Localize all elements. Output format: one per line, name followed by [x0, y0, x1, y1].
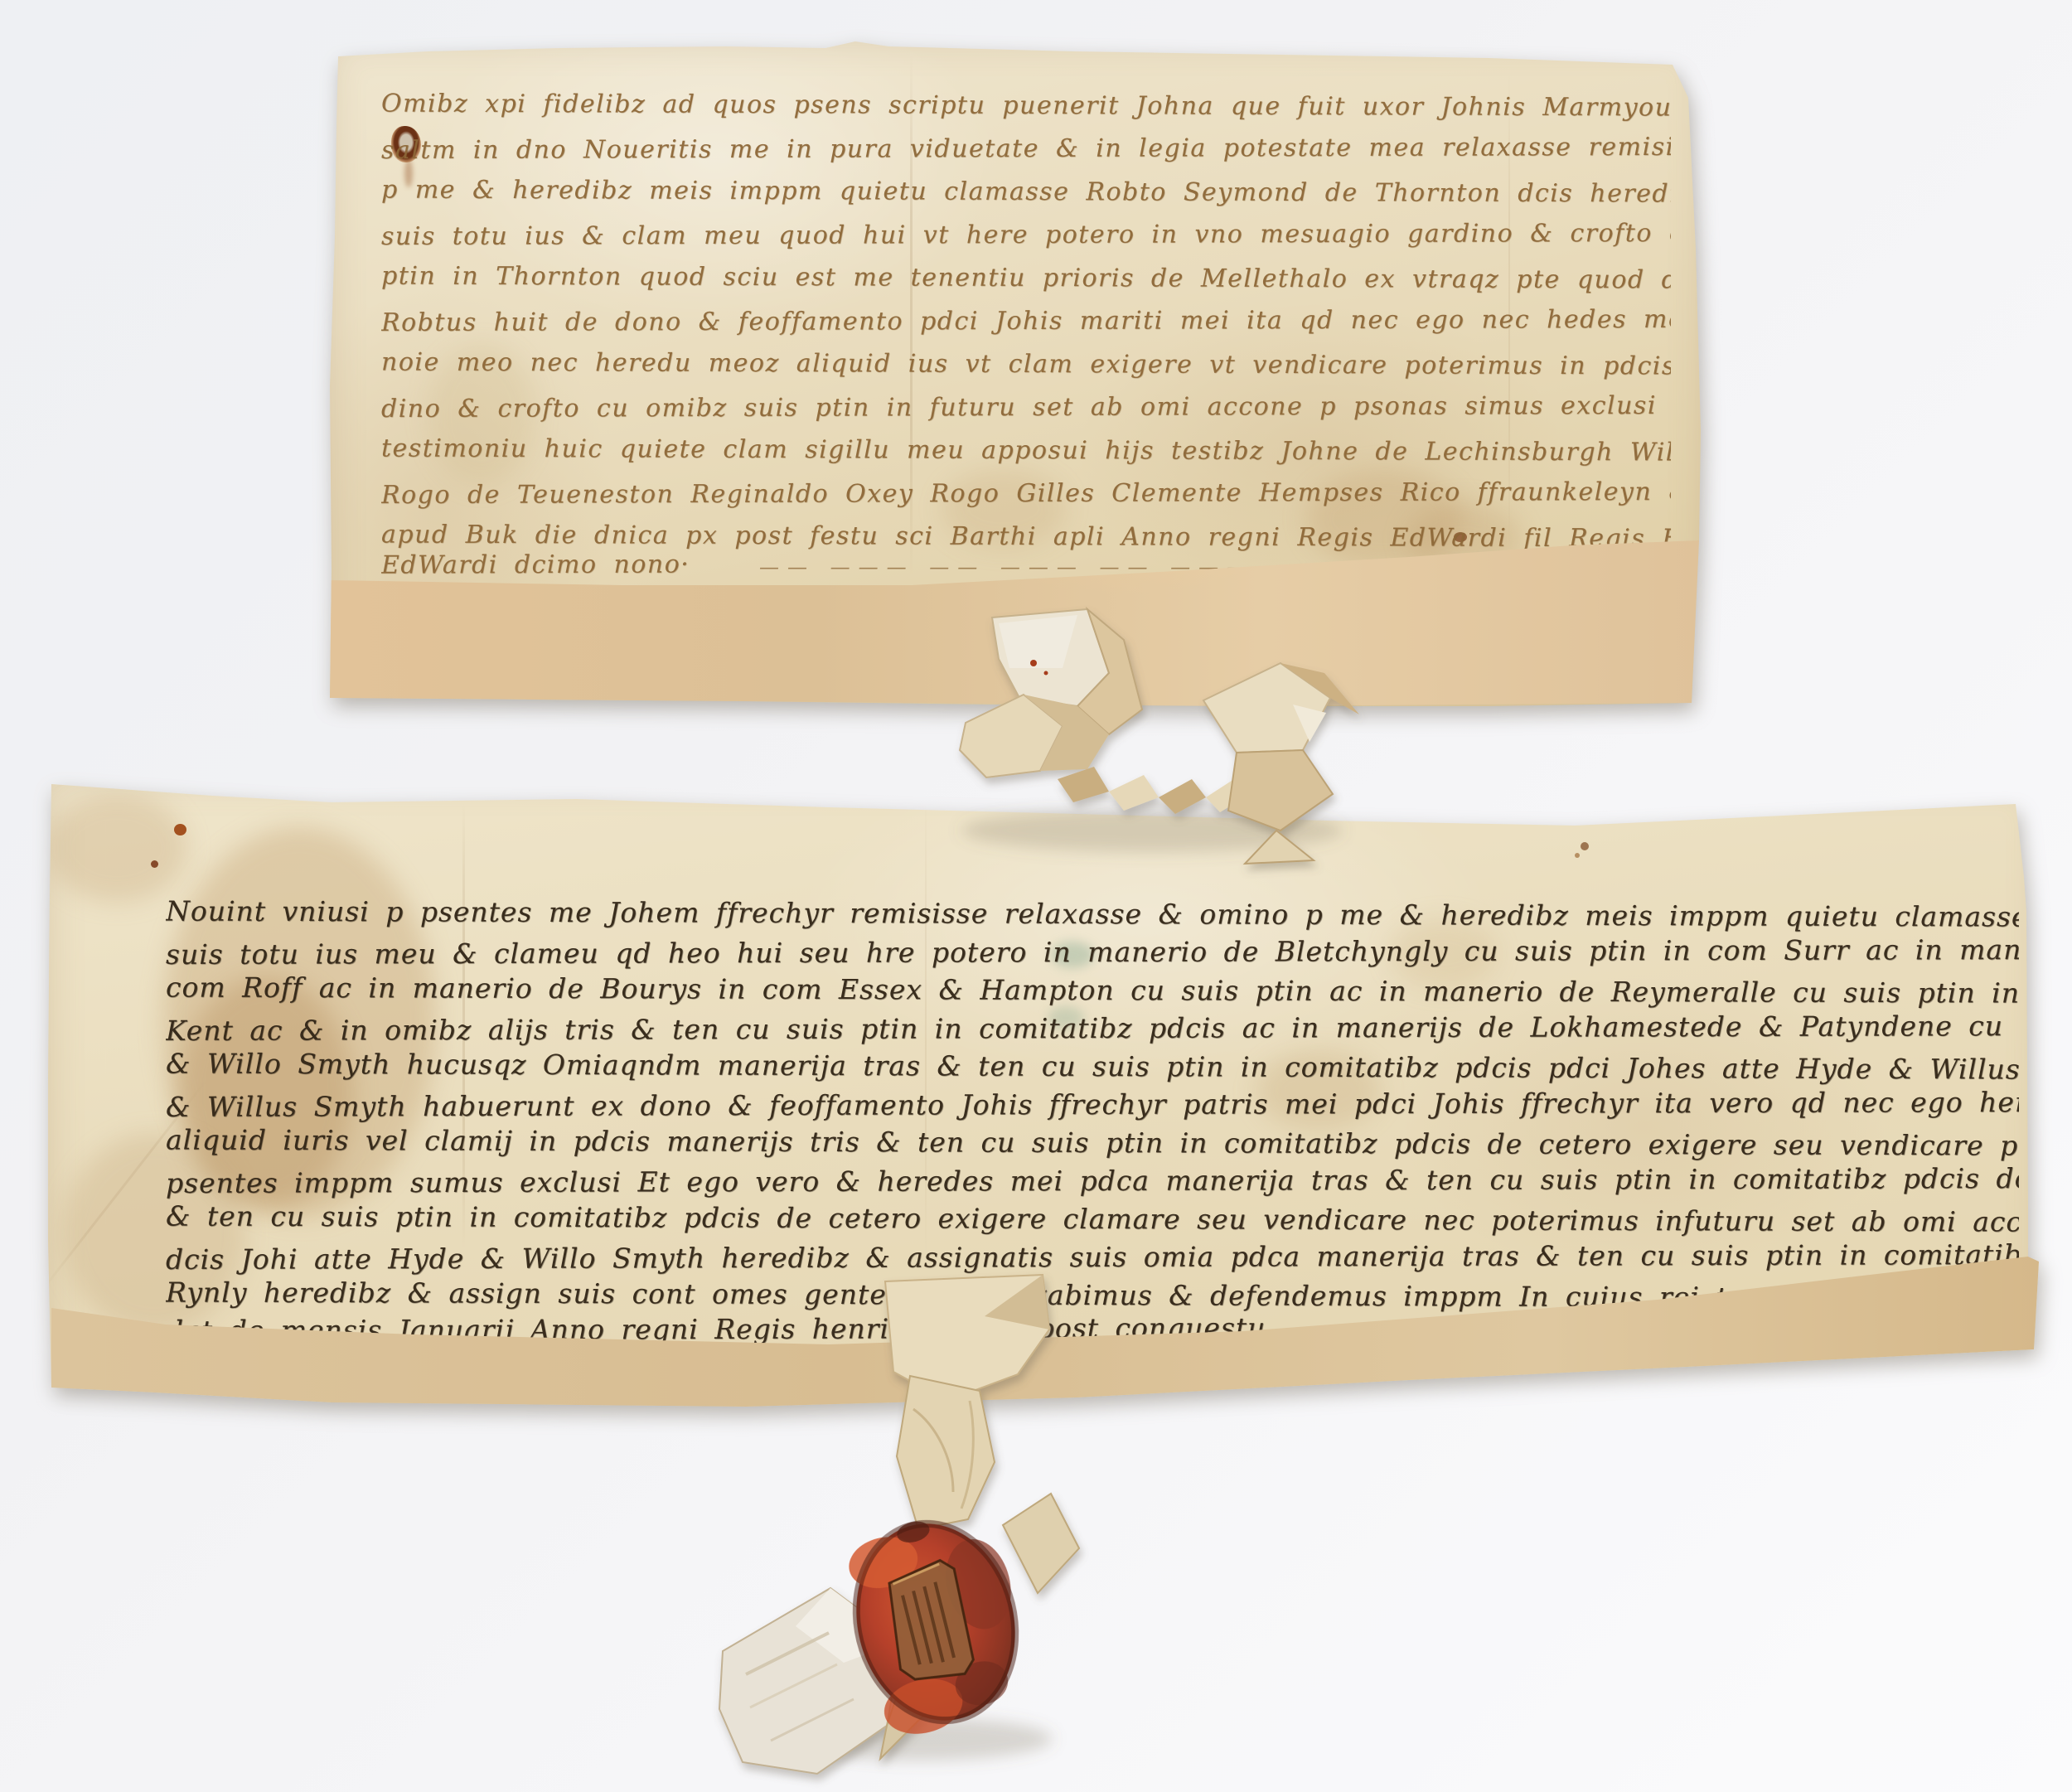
manuscript-line: dcis Johi atte Hyde & Willo Smyth heredi… — [166, 1238, 2019, 1281]
top-charter-parchment: Omibz xpi fidelibz ad quos psens scriptu… — [328, 38, 1706, 708]
manuscript-line: & Willus Smyth habuerunt ex dono & feoff… — [166, 1086, 2019, 1129]
manuscript-line: & ten cu suis ptin in comitatibz pdcis d… — [166, 1199, 2019, 1243]
manuscript-line: com Roff ac in manerio de Bourys in com … — [166, 971, 2019, 1015]
wax-rim — [836, 1507, 1035, 1737]
manuscript-line: saltm in dno Noueritis me in pura viduet… — [381, 133, 1671, 177]
manuscript-line: ptin in Thornton quod sciu est me tenent… — [381, 262, 1671, 308]
frayed-strip-underfold — [880, 1661, 927, 1759]
bottom-charter: Nouint vniusi p psentes me Johem ffrechy… — [46, 777, 2044, 1412]
seal-shadow — [787, 1717, 1053, 1761]
seal-impression — [877, 1557, 979, 1688]
wax-seal — [835, 1503, 1041, 1743]
wax-lump — [879, 1671, 969, 1741]
manuscript-line: suis totu ius & clam meu quod hui vt her… — [381, 219, 1671, 264]
manuscript-line: testimoniu huic quiete clam sigillu meu … — [381, 434, 1671, 480]
manuscript-line: aliquid iuris vel clamij in pdcis maneri… — [166, 1123, 2019, 1167]
parchment-strip — [1293, 705, 1326, 742]
manuscript-line: Kent ac & in omibz alijs tris & ten cu s… — [166, 1010, 2019, 1053]
manuscript-line: noie meo nec heredu meoz aliquid ius vt … — [381, 348, 1671, 394]
seal-impression-bars — [902, 1582, 955, 1668]
manuscript-line: dino & crofto cu omibz suis ptin in futu… — [381, 391, 1671, 436]
fray-streak — [750, 1664, 837, 1707]
wax-body — [836, 1507, 1035, 1737]
top-charter: Omibz xpi fidelibz ad quos psens scriptu… — [328, 38, 1706, 708]
frayed-white-strip-face — [796, 1588, 902, 1663]
fray-streak — [746, 1633, 829, 1674]
wax-lump — [844, 1530, 923, 1596]
manuscript-line: Nouint vniusi p psentes me Johem ffrechy… — [166, 894, 2019, 938]
manuscript-line: suis totu ius meu & clameu qd heo hui se… — [166, 933, 2019, 976]
seal-impression-highlight — [891, 1564, 942, 1584]
wax-lump — [895, 1518, 932, 1546]
wax-lump — [951, 1656, 1013, 1711]
manuscript-line: p me & heredibz meis imppm quietu clamas… — [381, 176, 1671, 221]
bottom-charter-parchment: Nouint vniusi p psentes me Johem ffrechy… — [46, 777, 2044, 1412]
manuscript-line: psentes imppm sumus exclusi Et ego vero … — [166, 1162, 2019, 1205]
frayed-white-strip — [719, 1588, 902, 1774]
manuscript-line: Robtus huit de dono & feoffamento pdci J… — [381, 305, 1671, 350]
manuscript-line: Rogo de Teueneston Reginaldo Oxey Rogo G… — [381, 477, 1671, 522]
tag-strip-behind-seal — [1003, 1494, 1079, 1593]
manuscript-line: & Willo Smyth hucusqz Omiaqndm manerija … — [166, 1047, 2019, 1091]
wax-lump — [937, 1533, 1019, 1636]
manuscript-line: Omibz xpi fidelibz ad quos psens scriptu… — [381, 90, 1671, 135]
tag-crease — [913, 1409, 953, 1492]
tag-crease — [961, 1401, 973, 1509]
fray-streak — [771, 1699, 854, 1741]
photo-two-medieval-charters: Omibz xpi fidelibz ad quos psens scriptu… — [0, 0, 2072, 1792]
